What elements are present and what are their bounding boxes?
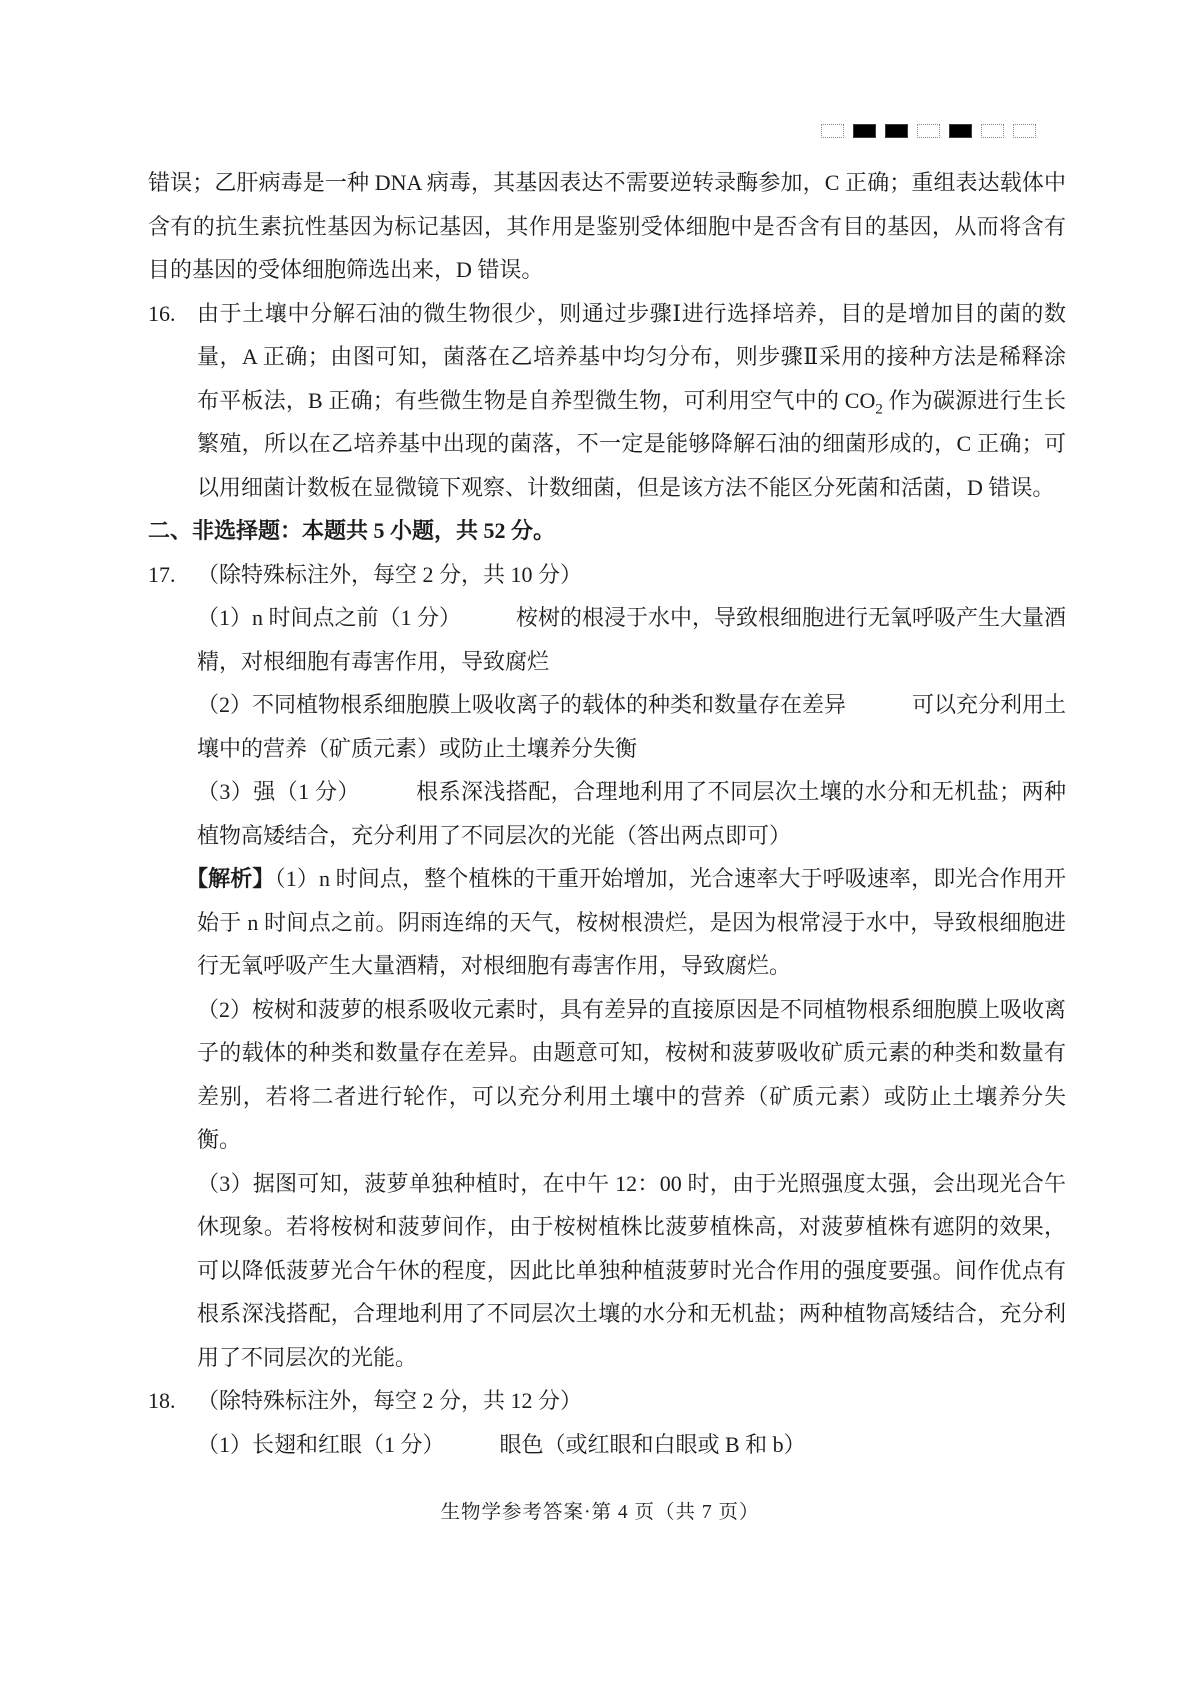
item-17-analysis-1-text: （1）n 时间点，整个植株的干重开始增加，光合速率大于呼吸速率，即光合作用开始于…	[197, 866, 1066, 978]
print-mark-box	[1013, 124, 1036, 138]
section-2-header: 二、非选择题：本题共 5 小题，共 52 分。	[148, 509, 1066, 553]
print-mark-box	[949, 124, 972, 138]
item-17-answer-3: （3）强（1 分） 根系深浅搭配，合理地利用了不同层次土壤的水分和无机盐；两种植…	[197, 770, 1066, 857]
document-page: 错误；乙肝病毒是一种 DNA 病毒，其基因表达不需要逆转录酶参加，C 正确；重组…	[0, 0, 1200, 1698]
item-17-analysis-3: （3）据图可知，菠萝单独种植时，在中午 12：00 时，由于光照强度太强，会出现…	[197, 1162, 1066, 1380]
item-18-scoring-note: （除特殊标注外，每空 2 分，共 12 分）	[197, 1379, 1066, 1423]
item-18: 18. （除特殊标注外，每空 2 分，共 12 分） （1）长翅和红眼（1 分）…	[148, 1379, 1066, 1466]
item-17-analysis-1: 【解析】（1）n 时间点，整个植株的干重开始增加，光合速率大于呼吸速率，即光合作…	[197, 857, 1066, 988]
print-mark-box	[917, 124, 940, 138]
paragraph-item15-continuation: 错误；乙肝病毒是一种 DNA 病毒，其基因表达不需要逆转录酶参加，C 正确；重组…	[148, 161, 1066, 292]
item-16-number: 16.	[148, 292, 176, 336]
item-16: 16. 由于土壤中分解石油的微生物很少，则通过步骤Ⅰ进行选择培养，目的是增加目的…	[148, 292, 1066, 510]
item-16-explanation: 由于土壤中分解石油的微生物很少，则通过步骤Ⅰ进行选择培养，目的是增加目的菌的数量…	[197, 292, 1066, 510]
item-17-analysis-2: （2）桉树和菠萝的根系吸收元素时，具有差异的直接原因是不同植物根系细胞膜上吸收离…	[197, 988, 1066, 1162]
page-footer: 生物学参考答案·第 4 页（共 7 页）	[0, 1496, 1200, 1524]
analysis-label: 【解析】	[186, 866, 275, 891]
print-mark-box	[821, 124, 844, 138]
item-18-answer-1: （1）长翅和红眼（1 分） 眼色（或红眼和白眼或 B 和 b）	[197, 1423, 1066, 1467]
print-mark-box	[981, 124, 1004, 138]
item-18-number: 18.	[148, 1379, 176, 1423]
item-17-answer-1: （1）n 时间点之前（1 分） 桉树的根浸于水中，导致根细胞进行无氧呼吸产生大量…	[197, 596, 1066, 683]
print-registration-marks	[821, 124, 1036, 138]
answer-key-content: 错误；乙肝病毒是一种 DNA 病毒，其基因表达不需要逆转录酶参加，C 正确；重组…	[148, 161, 1066, 1466]
item-17-scoring-note: （除特殊标注外，每空 2 分，共 10 分）	[197, 553, 1066, 597]
print-mark-box	[853, 124, 876, 138]
item-17-number: 17.	[148, 553, 176, 597]
item-17-answer-2: （2）不同植物根系细胞膜上吸收离子的载体的种类和数量存在差异 可以充分利用土壤中…	[197, 683, 1066, 770]
co2-subscript: 2	[875, 401, 883, 417]
print-mark-box	[885, 124, 908, 138]
item-17: 17. （除特殊标注外，每空 2 分，共 10 分） （1）n 时间点之前（1 …	[148, 553, 1066, 1380]
